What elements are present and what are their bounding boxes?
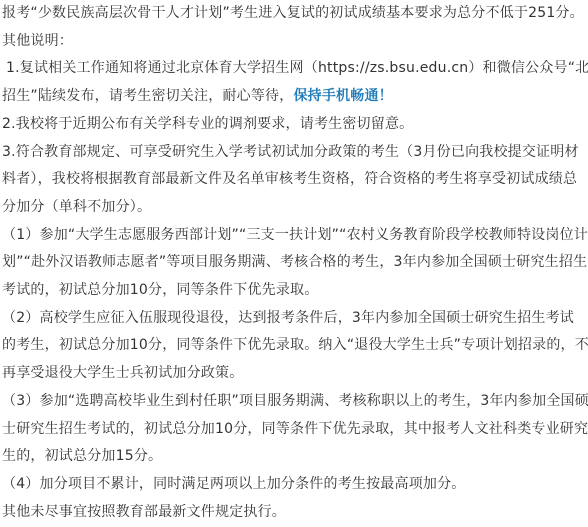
text-line: 3.符合教育部规定、可享受研究生入学考试初试加分政策的考生（3月份已向我校提交证… (2, 139, 586, 167)
paragraph-bonus-item-2: （2）高校学生应征入伍服现役退役，达到报考条件后，3年内参加全国硕士研究生招生考… (2, 305, 586, 388)
text-line: 料者），我校将根据教育部最新文件及名单审核考生资格，符合资格的考生将享受初试成绩… (2, 166, 586, 194)
paragraph-bonus-item-1: （1）参加“大学生志愿服务西部计划”“三支一扶计划”“农村义务教育阶段学校教师特… (2, 222, 586, 305)
paragraph-closing-remark: 其他未尽事宜按照教育部最新文件规定执行。 (2, 499, 586, 527)
text-line: （3）参加“选聘高校毕业生到村任职”项目服务期满、考核称职以上的考生，3年内参加… (2, 388, 586, 416)
text-line: 其他说明： (2, 28, 586, 56)
text-line: 招生”陆续发布，请考生密切关注，耐心等待，保持手机畅通！ (2, 83, 586, 111)
highlight-keep-phone-reachable: 保持手机畅通！ (293, 88, 392, 104)
text-line: 2.我校将于近期公布有关学科专业的调剂要求，请考生密切留意。 (2, 111, 586, 139)
text-line: （4）加分项目不累计，同时满足两项以上加分条件的考生按最高项加分。 (2, 471, 586, 499)
paragraph-other-notes-heading: 其他说明： (2, 28, 586, 56)
paragraph-transfer-requirements: 2.我校将于近期公布有关学科专业的调剂要求，请考生密切留意。 (2, 111, 586, 139)
paragraph-bonus-item-4: （4）加分项目不累计，同时满足两项以上加分条件的考生按最高项加分。 (2, 471, 586, 499)
paragraph-bonus-policy-intro: 3.符合教育部规定、可享受研究生入学考试初试加分政策的考生（3月份已向我校提交证… (2, 139, 586, 222)
text-line: 士研究生招生考试的，初试总分加10分，同等条件下优先录取，其中报考人文社科类专业… (2, 416, 586, 444)
text-line: 分加分（单科不加分）。 (2, 194, 586, 222)
text-line: 考试的，初试总分加10分，同等条件下优先录取。 (2, 277, 586, 305)
paragraph-bonus-item-3: （3）参加“选聘高校毕业生到村任职”项目服务期满、考核称职以上的考生，3年内参加… (2, 388, 586, 471)
text-line: 划”“赴外汉语教师志愿者”等项目服务期满、考核合格的考生，3年内参加全国硕士研究… (2, 249, 586, 277)
text-segment: 招生”陆续发布，请考生密切关注，耐心等待， (2, 88, 293, 104)
paragraph-retest-notice: 1.复试相关工作通知将通过北京体育大学招生网（https://zs.bsu.ed… (2, 55, 586, 110)
text-line: 1.复试相关工作通知将通过北京体育大学招生网（https://zs.bsu.ed… (2, 55, 586, 83)
text-line: 其他未尽事宜按照教育部最新文件规定执行。 (2, 499, 586, 527)
text-line: 报考“少数民族高层次骨干人才计划”考生进入复试的初试成绩基本要求为总分不低于25… (2, 0, 586, 28)
text-line: 再享受退役大学生士兵初试加分政策。 (2, 360, 586, 388)
text-line: 的考生，初试总分加10分，同等条件下优先录取。纳入“退役大学生士兵”专项计划招录… (2, 332, 586, 360)
text-line: （1）参加“大学生志愿服务西部计划”“三支一扶计划”“农村义务教育阶段学校教师特… (2, 222, 586, 250)
paragraph-minority-plan-score: 报考“少数民族高层次骨干人才计划”考生进入复试的初试成绩基本要求为总分不低于25… (2, 0, 586, 28)
text-line: （2）高校学生应征入伍服现役退役，达到报考条件后，3年内参加全国硕士研究生招生考… (2, 305, 586, 333)
admission-notice-document: 报考“少数民族高层次骨干人才计划”考生进入复试的初试成绩基本要求为总分不低于25… (0, 0, 588, 527)
text-line: 生的，初试总分加15分。 (2, 443, 586, 471)
